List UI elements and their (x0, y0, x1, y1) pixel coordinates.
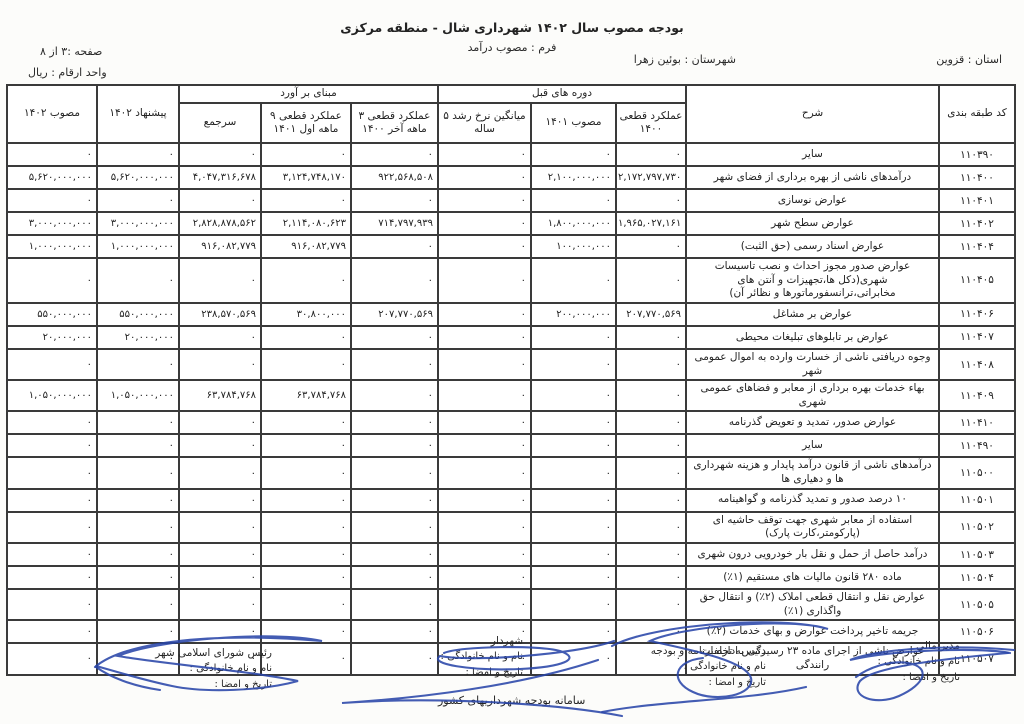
row-value-q3_1400: ۰ (351, 512, 438, 543)
row-code: ۱۱۰۴۰۹ (939, 380, 1015, 411)
row-value-m9_1401: ۰ (261, 434, 351, 457)
row-code: ۱۱۰۴۰۰ (939, 166, 1015, 189)
row-value-proposed_1402: ۰ (97, 258, 179, 303)
row-value-total: ۰ (179, 543, 261, 566)
row-value-m9_1401: ۰ (261, 189, 351, 212)
row-value-approved_1402: ۰ (7, 589, 97, 620)
row-value-avg_growth: ۰ (438, 189, 531, 212)
row-description: عوارض نوسازی (686, 189, 939, 212)
row-value-perf_1400: ۰ (616, 620, 686, 643)
date-sign-label: تاریخ و امضا : (651, 675, 766, 691)
signature-block-budget-chief: رئیس اداره برنامه و بودجه نام و نام خانو… (651, 643, 766, 691)
row-code: ۱۱۰۵۰۲ (939, 512, 1015, 543)
name-label: نام و نام خانوادگی : (651, 659, 766, 675)
row-value-q3_1400: ۰ (351, 457, 438, 488)
row-value-q3_1400: ۰ (351, 543, 438, 566)
row-value-q3_1400: ۰ (351, 326, 438, 349)
header-group-estimate-basis: مبنای بر آورد (179, 85, 438, 103)
row-value-approved_1401: ۰ (531, 457, 616, 488)
row-value-approved_1402: ۰ (7, 620, 97, 643)
row-value-total: ۰ (179, 620, 261, 643)
row-value-proposed_1402: ۵,۶۲۰,۰۰۰,۰۰۰ (97, 166, 179, 189)
row-value-approved_1402: ۰ (7, 566, 97, 589)
row-value-proposed_1402: ۰ (97, 349, 179, 380)
header-total: سرجمع (179, 103, 261, 143)
row-value-m9_1401: ۰ (261, 349, 351, 380)
row-value-approved_1401: ۲,۱۰۰,۰۰۰,۰۰۰ (531, 166, 616, 189)
signature-block-council-head: رئیس شورای اسلامی شهر نام و نام خانوادگی… (155, 645, 272, 693)
row-value-m9_1401: ۰ (261, 457, 351, 488)
row-description: وجوه دریافتی ناشی از خسارت وارده به اموا… (686, 349, 939, 380)
budget-table: کد طبقه بندی شرح دوره های قبل مبنای بر آ… (6, 84, 1016, 676)
page-title: بودجه مصوب سال ۱۴۰۲ شهرداری شال - منطقه … (0, 20, 1024, 35)
row-description: عوارض بر مشاغل (686, 303, 939, 326)
row-value-approved_1401: ۱,۸۰۰,۰۰۰,۰۰۰ (531, 212, 616, 235)
row-code: ۱۱۰۵۰۴ (939, 566, 1015, 589)
row-description: عوارض نقل و انتقال قطعی املاک (۲٪) و انت… (686, 589, 939, 620)
row-value-perf_1400: ۰ (616, 189, 686, 212)
date-sign-label: تاریخ و امضا : (878, 670, 960, 686)
row-value-avg_growth: ۰ (438, 543, 531, 566)
row-value-approved_1401: ۰ (531, 620, 616, 643)
row-value-avg_growth: ۰ (438, 589, 531, 620)
row-value-avg_growth: ۰ (438, 512, 531, 543)
row-code: ۱۱۰۴۰۸ (939, 349, 1015, 380)
row-value-proposed_1402: ۰ (97, 543, 179, 566)
row-code: ۱۱۰۳۹۰ (939, 143, 1015, 166)
table-row: ۱۱۰۴۰۶عوارض بر مشاغل۲۰۷,۷۷۰,۵۶۹۲۰۰,۰۰۰,۰… (7, 303, 1015, 326)
table-row: ۱۱۰۴۰۲عوارض سطح شهر۱,۹۶۵,۰۲۷,۱۶۱۱,۸۰۰,۰۰… (7, 212, 1015, 235)
row-code: ۱۱۰۵۰۰ (939, 457, 1015, 488)
header-q3-final-1400: عملکرد قطعی ۳ ماهه آخر ۱۴۰۰ (351, 103, 438, 143)
row-value-q3_1400: ۰ (351, 589, 438, 620)
row-value-approved_1401: ۰ (531, 566, 616, 589)
row-description: درآمدهای ناشی از بهره برداری از فضای شهر (686, 166, 939, 189)
row-value-avg_growth: ۰ (438, 434, 531, 457)
row-value-q3_1400: ۹۲۲,۵۶۸,۵۰۸ (351, 166, 438, 189)
row-value-proposed_1402: ۰ (97, 189, 179, 212)
row-value-proposed_1402: ۰ (97, 434, 179, 457)
row-value-q3_1400: ۰ (351, 489, 438, 512)
row-value-m9_1401: ۰ (261, 643, 351, 674)
row-value-total: ۹۱۶,۰۸۲,۷۷۹ (179, 235, 261, 258)
budget-table-container: کد طبقه بندی شرح دوره های قبل مبنای بر آ… (8, 84, 1016, 676)
table-row: ۱۱۰۳۹۰سایر۰۰۰۰۰۰۰۰ (7, 143, 1015, 166)
row-value-proposed_1402: ۰ (97, 620, 179, 643)
row-description: سایر (686, 434, 939, 457)
row-value-approved_1402: ۰ (7, 434, 97, 457)
row-value-proposed_1402: ۰ (97, 143, 179, 166)
table-row: ۱۱۰۵۰۴ماده ۲۸۰ قانون مالیات های مستقیم (… (7, 566, 1015, 589)
row-code: ۱۱۰۴۰۵ (939, 258, 1015, 303)
row-value-perf_1400: ۲۰۷,۷۷۰,۵۶۹ (616, 303, 686, 326)
table-row: ۱۱۰۵۰۲استفاده از معابر شهری جهت توقف حاش… (7, 512, 1015, 543)
row-value-m9_1401: ۰ (261, 543, 351, 566)
row-value-q3_1400: ۰ (351, 434, 438, 457)
row-value-proposed_1402: ۰ (97, 457, 179, 488)
row-value-total: ۲,۸۲۸,۸۷۸,۵۶۲ (179, 212, 261, 235)
header-performance-1400: عملکرد قطعی ۱۴۰۰ (616, 103, 686, 143)
row-value-q3_1400: ۰ (351, 143, 438, 166)
province-label: استان : قزوین (936, 53, 1002, 66)
row-value-proposed_1402: ۱,۰۵۰,۰۰۰,۰۰۰ (97, 380, 179, 411)
row-code: ۱۱۰۴۹۰ (939, 434, 1015, 457)
row-value-perf_1400: ۰ (616, 566, 686, 589)
row-value-m9_1401: ۰ (261, 566, 351, 589)
table-row: ۱۱۰۴۰۰درآمدهای ناشی از بهره برداری از فض… (7, 166, 1015, 189)
table-header: کد طبقه بندی شرح دوره های قبل مبنای بر آ… (7, 85, 1015, 143)
table-row: ۱۱۰۵۰۵عوارض نقل و انتقال قطعی املاک (۲٪)… (7, 589, 1015, 620)
row-value-perf_1400: ۲,۱۷۲,۷۹۷,۷۳۰ (616, 166, 686, 189)
row-value-proposed_1402: ۰ (97, 566, 179, 589)
row-description: استفاده از معابر شهری جهت توقف حاشیه ای … (686, 512, 939, 543)
row-value-perf_1400: ۰ (616, 434, 686, 457)
row-value-approved_1402: ۵۵۰,۰۰۰,۰۰۰ (7, 303, 97, 326)
signature-block-financial-manager: مدیر مالی نام و نام خانوادگی : تاریخ و ا… (878, 638, 960, 686)
row-value-perf_1400: ۰ (616, 235, 686, 258)
row-value-approved_1402: ۰ (7, 143, 97, 166)
row-value-proposed_1402: ۲۰,۰۰۰,۰۰۰ (97, 326, 179, 349)
page-number-label: صفحه :۳ از ۸ (40, 45, 102, 58)
row-value-perf_1400: ۰ (616, 589, 686, 620)
role-label: مدیر مالی (878, 638, 960, 654)
date-sign-label: تاریخ و امضا : (155, 677, 272, 693)
row-value-perf_1400: ۰ (616, 143, 686, 166)
row-description: بهاء خدمات بهره برداری از معابر و فضاهای… (686, 380, 939, 411)
row-value-m9_1401: ۰ (261, 143, 351, 166)
row-description: درآمد حاصل از حمل و نقل بار خودرویی درون… (686, 543, 939, 566)
row-value-approved_1401: ۲۰۰,۰۰۰,۰۰۰ (531, 303, 616, 326)
row-value-proposed_1402: ۱,۰۰۰,۰۰۰,۰۰۰ (97, 235, 179, 258)
row-value-q3_1400: ۰ (351, 411, 438, 434)
row-code: ۱۱۰۴۱۰ (939, 411, 1015, 434)
date-sign-label: تاریخ و امضا : (441, 665, 523, 681)
row-value-approved_1402: ۳,۰۰۰,۰۰۰,۰۰۰ (7, 212, 97, 235)
row-value-q3_1400: ۲۰۷,۷۷۰,۵۶۹ (351, 303, 438, 326)
table-row: ۱۱۰۵۰۱۱۰ درصد صدور و تمدید گذرنامه و گوا… (7, 489, 1015, 512)
row-value-total: ۰ (179, 326, 261, 349)
row-value-avg_growth: ۰ (438, 349, 531, 380)
table-row: ۱۱۰۴۹۰سایر۰۰۰۰۰۰۰۰ (7, 434, 1015, 457)
header-approved-1401: مصوب ۱۴۰۱ (531, 103, 616, 143)
row-value-approved_1402: ۰ (7, 643, 97, 674)
row-value-approved_1401: ۰ (531, 543, 616, 566)
row-value-approved_1402: ۱,۰۰۰,۰۰۰,۰۰۰ (7, 235, 97, 258)
row-value-approved_1401: ۰ (531, 512, 616, 543)
row-value-total: ۶۳,۷۸۴,۷۶۸ (179, 380, 261, 411)
row-value-avg_growth: ۰ (438, 212, 531, 235)
row-description: عوارض اسناد رسمی (حق الثبت) (686, 235, 939, 258)
header-description: شرح (686, 85, 939, 143)
row-value-approved_1401: ۰ (531, 189, 616, 212)
budget-system-label: سامانه بودجه شهرداریهای کشور (438, 694, 585, 707)
row-description: عوارض سطح شهر (686, 212, 939, 235)
row-value-approved_1401: ۰ (531, 349, 616, 380)
header-avg-growth: میانگین نرخ رشد ۵ ساله (438, 103, 531, 143)
row-value-perf_1400: ۰ (616, 258, 686, 303)
row-value-q3_1400: ۰ (351, 620, 438, 643)
form-subtitle: فرم : مصوب درآمد (0, 41, 1024, 54)
row-value-m9_1401: ۰ (261, 258, 351, 303)
row-value-total: ۰ (179, 189, 261, 212)
row-value-avg_growth: ۰ (438, 303, 531, 326)
row-code: ۱۱۰۴۰۴ (939, 235, 1015, 258)
currency-unit-label: واحد ارقام : ریال (28, 66, 107, 79)
row-value-avg_growth: ۰ (438, 166, 531, 189)
row-description: سایر (686, 143, 939, 166)
row-value-approved_1401: ۰ (531, 258, 616, 303)
row-value-approved_1401: ۰ (531, 326, 616, 349)
table-row: ۱۱۰۴۰۸وجوه دریافتی ناشی از خسارت وارده ب… (7, 349, 1015, 380)
row-value-approved_1402: ۰ (7, 189, 97, 212)
row-code: ۱۱۰۴۰۱ (939, 189, 1015, 212)
row-value-avg_growth: ۰ (438, 457, 531, 488)
table-row: ۱۱۰۵۰۳درآمد حاصل از حمل و نقل بار خودروی… (7, 543, 1015, 566)
row-value-approved_1402: ۱,۰۵۰,۰۰۰,۰۰۰ (7, 380, 97, 411)
row-value-total: ۰ (179, 566, 261, 589)
row-value-proposed_1402: ۰ (97, 489, 179, 512)
row-value-approved_1402: ۲۰,۰۰۰,۰۰۰ (7, 326, 97, 349)
row-value-approved_1401: ۱۰۰,۰۰۰,۰۰۰ (531, 235, 616, 258)
row-value-approved_1402: ۰ (7, 411, 97, 434)
row-value-perf_1400: ۰ (616, 349, 686, 380)
name-label: نام و نام خانوادگی : (155, 661, 272, 677)
row-value-m9_1401: ۲,۱۱۴,۰۸۰,۶۲۳ (261, 212, 351, 235)
table-row: ۱۱۰۴۰۷عوارض بر تابلوهای تبلیغات محیطی۰۰۰… (7, 326, 1015, 349)
row-value-q3_1400: ۷۱۴,۷۹۷,۹۳۹ (351, 212, 438, 235)
row-description: ماده ۲۸۰ قانون مالیات های مستقیم (۱٪) (686, 566, 939, 589)
row-value-proposed_1402: ۰ (97, 512, 179, 543)
row-value-approved_1402: ۰ (7, 258, 97, 303)
row-value-m9_1401: ۰ (261, 326, 351, 349)
row-value-total: ۰ (179, 434, 261, 457)
row-value-total: ۰ (179, 489, 261, 512)
table-body: ۱۱۰۳۹۰سایر۰۰۰۰۰۰۰۰۱۱۰۴۰۰درآمدهای ناشی از… (7, 143, 1015, 675)
row-value-total: ۰ (179, 411, 261, 434)
row-value-perf_1400: ۰ (616, 380, 686, 411)
row-value-avg_growth: ۰ (438, 380, 531, 411)
row-value-q3_1400: ۰ (351, 380, 438, 411)
row-value-avg_growth: ۰ (438, 143, 531, 166)
name-label: نام و نام خانوادگی : (878, 654, 960, 670)
row-value-m9_1401: ۰ (261, 489, 351, 512)
row-value-avg_growth: ۰ (438, 326, 531, 349)
row-value-total: ۲۳۸,۵۷۰,۵۶۹ (179, 303, 261, 326)
signature-block-mayor: شهردار نام و نام خانوادگی : تاریخ و امضا… (441, 633, 523, 681)
header-9month-final-1401: عملکرد قطعی ۹ ماهه اول ۱۴۰۱ (261, 103, 351, 143)
row-value-avg_growth: ۰ (438, 258, 531, 303)
row-value-total: ۰ (179, 258, 261, 303)
header-group-previous-periods: دوره های قبل (438, 85, 686, 103)
row-value-avg_growth: ۰ (438, 411, 531, 434)
row-value-approved_1401: ۰ (531, 589, 616, 620)
row-value-total: ۰ (179, 143, 261, 166)
row-value-avg_growth: ۰ (438, 566, 531, 589)
row-value-total: ۰ (179, 349, 261, 380)
row-value-approved_1402: ۰ (7, 457, 97, 488)
row-value-q3_1400: ۰ (351, 566, 438, 589)
row-value-m9_1401: ۰ (261, 620, 351, 643)
row-description: عوارض صدور مجوز احداث و نصب تاسیسات شهری… (686, 258, 939, 303)
row-description: عوارض صدور، تمدید و تعویض گذرنامه (686, 411, 939, 434)
row-value-q3_1400: ۰ (351, 349, 438, 380)
row-value-m9_1401: ۰ (261, 512, 351, 543)
row-value-perf_1400: ۰ (616, 543, 686, 566)
row-code: ۱۱۰۴۰۶ (939, 303, 1015, 326)
row-value-m9_1401: ۹۱۶,۰۸۲,۷۷۹ (261, 235, 351, 258)
row-value-total: ۴,۰۴۷,۳۱۶,۶۷۸ (179, 166, 261, 189)
role-label: شهردار (441, 633, 523, 649)
name-label: نام و نام خانوادگی : (441, 649, 523, 665)
row-value-avg_growth: ۰ (438, 489, 531, 512)
header-approved-1402: مصوب ۱۴۰۲ (7, 85, 97, 143)
row-description: عوارض بر تابلوهای تبلیغات محیطی (686, 326, 939, 349)
row-value-approved_1402: ۰ (7, 489, 97, 512)
role-label: رئیس اداره برنامه و بودجه (651, 643, 766, 659)
header-code: کد طبقه بندی (939, 85, 1015, 143)
row-value-approved_1401: ۰ (531, 380, 616, 411)
row-value-m9_1401: ۳,۱۲۴,۷۴۸,۱۷۰ (261, 166, 351, 189)
row-value-q3_1400: ۰ (351, 643, 438, 674)
table-row: ۱۱۰۴۰۵عوارض صدور مجوز احداث و نصب تاسیسا… (7, 258, 1015, 303)
row-value-approved_1401: ۰ (531, 411, 616, 434)
row-value-m9_1401: ۰ (261, 589, 351, 620)
row-value-perf_1400: ۱,۹۶۵,۰۲۷,۱۶۱ (616, 212, 686, 235)
row-value-approved_1401: ۰ (531, 143, 616, 166)
row-value-total: ۰ (179, 512, 261, 543)
row-value-perf_1400: ۰ (616, 457, 686, 488)
row-value-m9_1401: ۰ (261, 411, 351, 434)
row-code: ۱۱۰۴۰۷ (939, 326, 1015, 349)
row-code: ۱۱۰۵۰۱ (939, 489, 1015, 512)
row-value-q3_1400: ۰ (351, 235, 438, 258)
table-row: ۱۱۰۴۰۹بهاء خدمات بهره برداری از معابر و … (7, 380, 1015, 411)
row-value-q3_1400: ۰ (351, 189, 438, 212)
row-value-approved_1402: ۵,۶۲۰,۰۰۰,۰۰۰ (7, 166, 97, 189)
row-value-total: ۰ (179, 589, 261, 620)
row-value-approved_1401: ۰ (531, 489, 616, 512)
row-value-approved_1402: ۰ (7, 512, 97, 543)
table-row: ۱۱۰۴۱۰عوارض صدور، تمدید و تعویض گذرنامه۰… (7, 411, 1015, 434)
table-row: ۱۱۰۴۰۴عوارض اسناد رسمی (حق الثبت)۰۱۰۰,۰۰… (7, 235, 1015, 258)
row-code: ۱۱۰۴۰۲ (939, 212, 1015, 235)
row-code: ۱۱۰۵۰۳ (939, 543, 1015, 566)
row-value-perf_1400: ۰ (616, 411, 686, 434)
header-proposed-1402: پیشنهاد ۱۴۰۲ (97, 85, 179, 143)
row-code: ۱۱۰۵۰۵ (939, 589, 1015, 620)
row-value-approved_1402: ۰ (7, 543, 97, 566)
document-page: بودجه مصوب سال ۱۴۰۲ شهرداری شال - منطقه … (0, 0, 1024, 724)
row-value-proposed_1402: ۰ (97, 589, 179, 620)
county-label: شهرستان : بوئین زهرا (634, 53, 736, 66)
table-row: ۱۱۰۴۰۱عوارض نوسازی۰۰۰۰۰۰۰۰ (7, 189, 1015, 212)
row-value-m9_1401: ۳۰,۸۰۰,۰۰۰ (261, 303, 351, 326)
row-value-perf_1400: ۰ (616, 512, 686, 543)
row-description: درآمدهای ناشی از قانون درآمد پایدار و هز… (686, 457, 939, 488)
row-value-proposed_1402: ۰ (97, 411, 179, 434)
row-value-total: ۰ (179, 457, 261, 488)
row-value-perf_1400: ۰ (616, 489, 686, 512)
row-value-avg_growth: ۰ (438, 235, 531, 258)
row-value-proposed_1402: ۵۵۰,۰۰۰,۰۰۰ (97, 303, 179, 326)
row-value-m9_1401: ۶۳,۷۸۴,۷۶۸ (261, 380, 351, 411)
row-value-proposed_1402: ۳,۰۰۰,۰۰۰,۰۰۰ (97, 212, 179, 235)
role-label: رئیس شورای اسلامی شهر (155, 645, 272, 661)
row-value-q3_1400: ۰ (351, 258, 438, 303)
row-value-approved_1402: ۰ (7, 349, 97, 380)
row-value-approved_1401: ۰ (531, 643, 616, 674)
row-value-approved_1401: ۰ (531, 434, 616, 457)
row-value-perf_1400: ۰ (616, 326, 686, 349)
row-description: ۱۰ درصد صدور و تمدید گذرنامه و گواهینامه (686, 489, 939, 512)
table-row: ۱۱۰۵۰۰درآمدهای ناشی از قانون درآمد پایدا… (7, 457, 1015, 488)
